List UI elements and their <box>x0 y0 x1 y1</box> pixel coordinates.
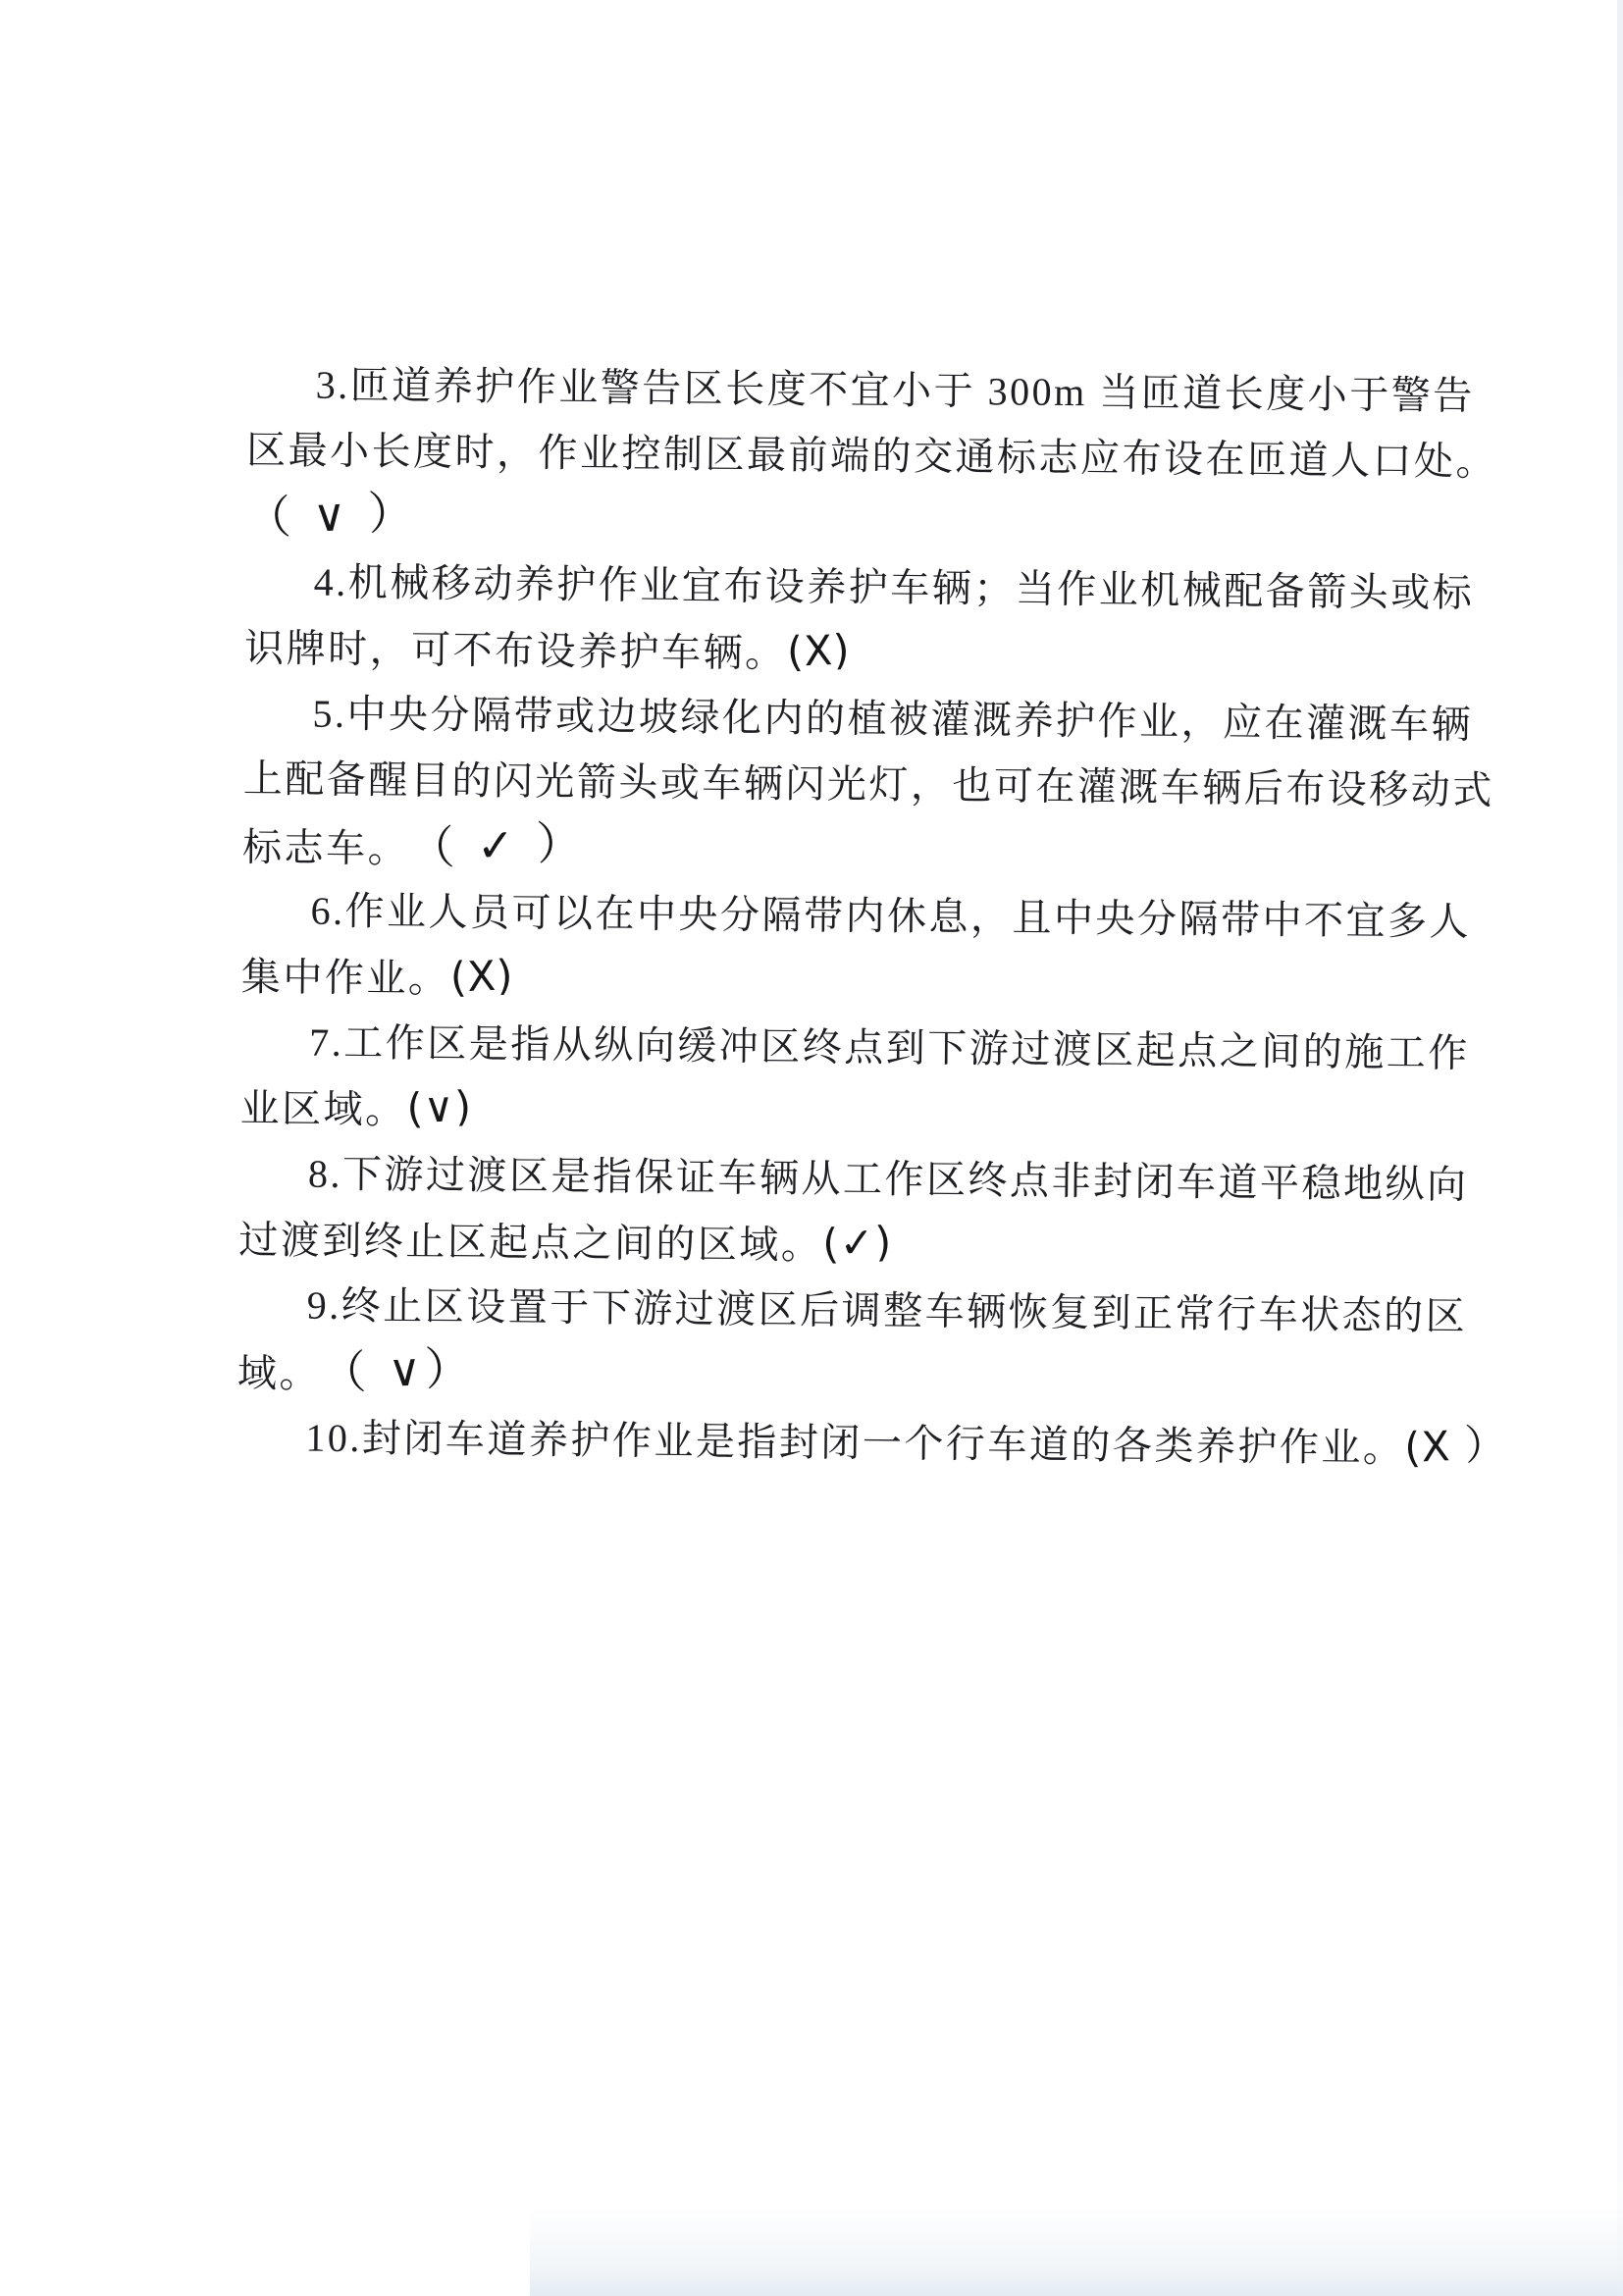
scan-noise-bottom <box>530 2208 1623 2296</box>
question-line: 过渡到终止区起点之间的区域。(✓) <box>238 1210 1378 1286</box>
question-text: 上配备醒目的闪光箭头或车辆闪光灯，也可在灌溉车辆后布设移动式 <box>243 757 1494 812</box>
scanned-page: 3.匝道养护作业警告区长度不宜小于 300m 当匝道长度小于警告 区最小长度时，… <box>0 0 1623 2296</box>
question-text: 识牌时，可不布设养护车辆。 <box>244 626 787 675</box>
question-text: 业区域。 <box>239 1086 406 1132</box>
question-3: 3.匝道养护作业警告区长度不宜小于 300m 当匝道长度小于警告 区最小长度时，… <box>245 355 1386 563</box>
question-text: 区最小长度时，作业控制区最前端的交通标志应布设在匝道人口处。 <box>246 428 1497 484</box>
answer-mark-check: (✓) <box>821 1213 893 1275</box>
question-9: 9.终止区设置于下游过渡区后调整车辆恢复到正常行车状态的区 域。（ ∨） <box>237 1276 1377 1418</box>
question-text: 4.机械移动养护作业宜布设养护车辆；当作业机械配备箭头或标 <box>314 560 1475 615</box>
question-text: 7.工作区是指从纵向缓冲区终点到下游过渡区起点之间的施工作 <box>309 1020 1470 1075</box>
question-line: 4.机械移动养护作业宜布设养护车辆；当作业机械配备箭头或标 <box>244 552 1384 629</box>
question-text: 9.终止区设置于下游过渡区后调整车辆恢复到正常行车状态的区 <box>306 1283 1467 1338</box>
question-line: 8.下游过渡区是指保证车辆从工作区终点非封闭车道平稳地纵向 <box>239 1144 1379 1221</box>
answer-mark-check: （ ∨） <box>320 1337 476 1403</box>
answer-mark-cross: (X) <box>448 946 514 1008</box>
question-text: 5.中央分隔带或边坡绿化内的植被灌溉养护作业，应在灌溉车辆 <box>312 692 1473 747</box>
question-text: 标志车。 <box>242 825 409 871</box>
question-line: 区最小长度时，作业控制区最前端的交通标志应布设在匝道人口处。 <box>246 421 1386 497</box>
answer-mark-check: （ ✓ ） <box>408 812 587 879</box>
question-line: 上配备醒目的闪光箭头或车辆闪光灯，也可在灌溉车辆后布设移动式 <box>242 750 1382 826</box>
question-line: 识牌时，可不布设养护车辆。(X) <box>244 618 1384 695</box>
question-text: 域。 <box>237 1351 321 1396</box>
question-line: 10.封闭车道养护作业是指封闭一个行车道的各类养护作业。(X ） <box>236 1407 1376 1484</box>
question-line: 7.工作区是指从纵向缓冲区终点到下游过渡区起点之间的施工作 <box>240 1013 1380 1089</box>
question-line: 域。（ ∨） <box>237 1341 1377 1418</box>
question-text: 10.封闭车道养护作业是指封闭一个行车道的各类养护作业。 <box>305 1416 1404 1471</box>
scan-noise-right-edge <box>1617 0 1623 2296</box>
question-text: 6.作业人员可以在中央分隔带内休息，且中央分隔带中不宜多人 <box>310 889 1471 944</box>
question-line: 5.中央分隔带或边坡绿化内的植被灌溉养护作业，应在灌溉车辆 <box>243 684 1383 760</box>
question-line: （ ∨ ） <box>245 487 1385 563</box>
question-line: 标志车。（ ✓ ） <box>242 815 1382 892</box>
question-7: 7.工作区是指从纵向缓冲区终点到下游过渡区起点之间的施工作 业区域。(∨) <box>239 1013 1379 1155</box>
question-line: 集中作业。(X) <box>241 947 1381 1023</box>
question-10: 10.封闭车道养护作业是指封闭一个行车道的各类养护作业。(X ） <box>236 1407 1376 1484</box>
answer-mark-cross: (X) <box>785 620 851 682</box>
question-5: 5.中央分隔带或边坡绿化内的植被灌溉养护作业，应在灌溉车辆 上配备醒目的闪光箭头… <box>242 684 1383 892</box>
question-text: 集中作业。 <box>241 955 450 1001</box>
question-4: 4.机械移动养护作业宜布设养护车辆；当作业机械配备箭头或标 识牌时，可不布设养护… <box>244 552 1384 695</box>
question-line: 3.匝道养护作业警告区长度不宜小于 300m 当匝道长度小于警告 <box>246 355 1386 432</box>
question-text-block: 3.匝道养护作业警告区长度不宜小于 300m 当匝道长度小于警告 区最小长度时，… <box>236 355 1386 1484</box>
question-8: 8.下游过渡区是指保证车辆从工作区终点非封闭车道平稳地纵向 过渡到终止区起点之间… <box>238 1144 1378 1286</box>
answer-mark-check: （ ∨ ） <box>244 482 418 548</box>
question-text: 8.下游过渡区是指保证车辆从工作区终点非封闭车道平稳地纵向 <box>308 1152 1469 1207</box>
question-line: 业区域。(∨) <box>239 1078 1379 1155</box>
question-text: 过渡到终止区起点之间的区域。 <box>238 1218 822 1268</box>
answer-mark-check: (∨) <box>405 1077 473 1139</box>
answer-mark-cross: (X ） <box>1403 1415 1508 1478</box>
question-6: 6.作业人员可以在中央分隔带内休息，且中央分隔带中不宜多人 集中作业。(X) <box>241 881 1381 1023</box>
question-line: 6.作业人员可以在中央分隔带内休息，且中央分隔带中不宜多人 <box>241 881 1381 958</box>
question-text: 3.匝道养护作业警告区长度不宜小于 300m 当匝道长度小于警告 <box>315 363 1475 418</box>
